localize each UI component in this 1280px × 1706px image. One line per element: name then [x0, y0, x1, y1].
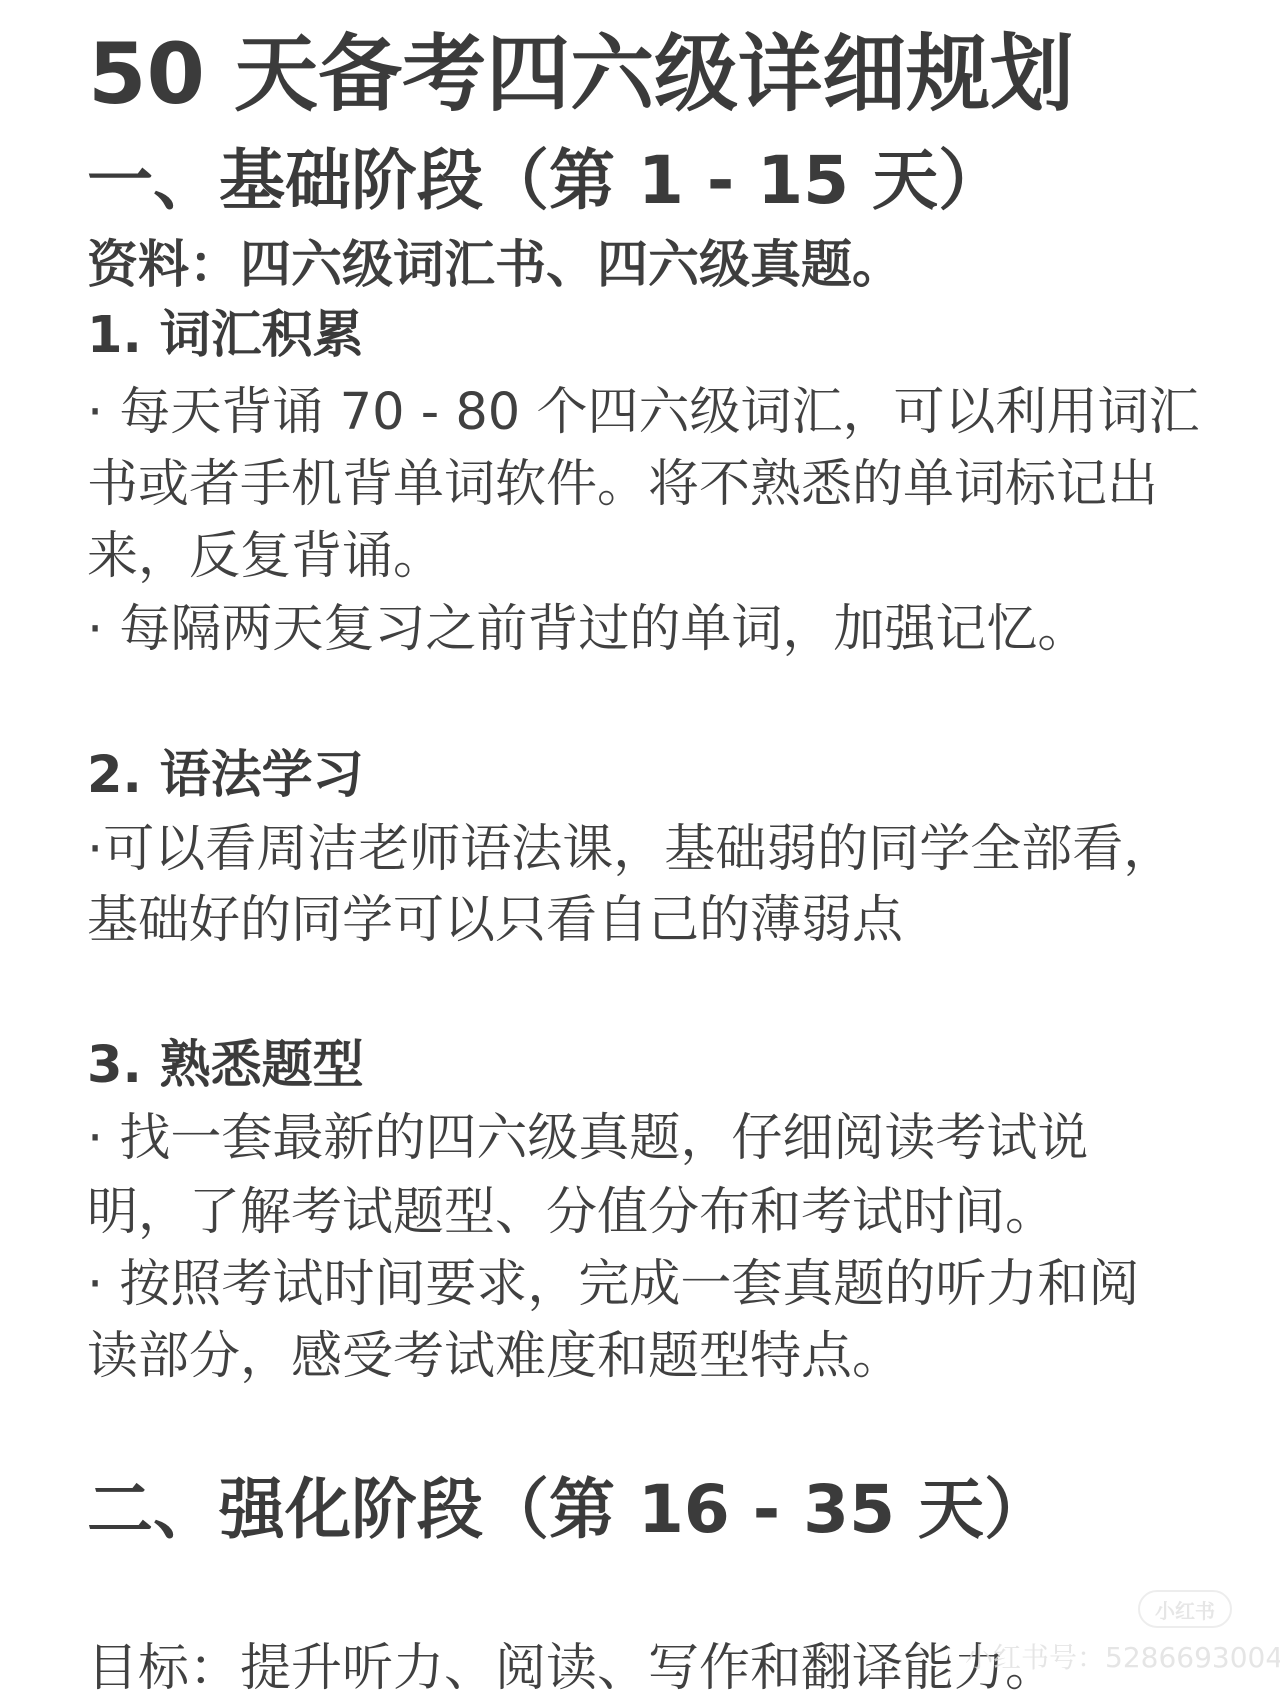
- section-text-line: 书或者手机背单词软件。将不熟悉的单词标记出: [87, 459, 1158, 510]
- section-text-line: · 每隔两天复习之前背过的单词，加强记忆。: [87, 604, 1088, 655]
- section-text-line: 读部分，感受考试难度和题型特点。: [87, 1331, 903, 1382]
- section-text-line: · 找一套最新的四六级真题，仔细阅读考试说: [87, 1113, 1088, 1164]
- section-text-line: 明，了解考试题型、分值分布和考试时间。: [87, 1187, 1056, 1238]
- section-text-line: 来，反复背诵。: [87, 531, 444, 582]
- stage2-goal: 目标：提升听力、阅读、写作和翻译能力。: [87, 1643, 1056, 1694]
- section-heading-grammar: 2. 语法学习: [87, 750, 364, 801]
- watermark-account-id: 小红书号：5286693004: [965, 1644, 1280, 1672]
- page-title: 50 天备考四六级详细规划: [88, 32, 1074, 116]
- section-heading-vocabulary: 1. 词汇积累: [87, 310, 364, 361]
- stage1-heading: 一、基础阶段（第 1 - 15 天）: [87, 148, 1004, 214]
- section-text-line: ·可以看周洁老师语法课，基础弱的同学全部看，: [87, 824, 1174, 875]
- section-text-line: · 每天背诵 70 - 80 个四六级词汇，可以利用词汇: [87, 387, 1199, 438]
- watermark-logo-text: 小红书: [1155, 1595, 1215, 1624]
- stage2-heading: 二、强化阶段（第 16 - 35 天）: [87, 1477, 1050, 1543]
- section-heading-question-types: 3. 熟悉题型: [87, 1040, 364, 1091]
- section-text-line: · 按照考试时间要求，完成一套真题的听力和阅: [87, 1259, 1139, 1310]
- watermark-logo: 小红书: [1138, 1590, 1232, 1628]
- section-text-line: 基础好的同学可以只看自己的薄弱点: [87, 895, 903, 946]
- stage1-materials: 资料：四六级词汇书、四六级真题。: [87, 240, 903, 291]
